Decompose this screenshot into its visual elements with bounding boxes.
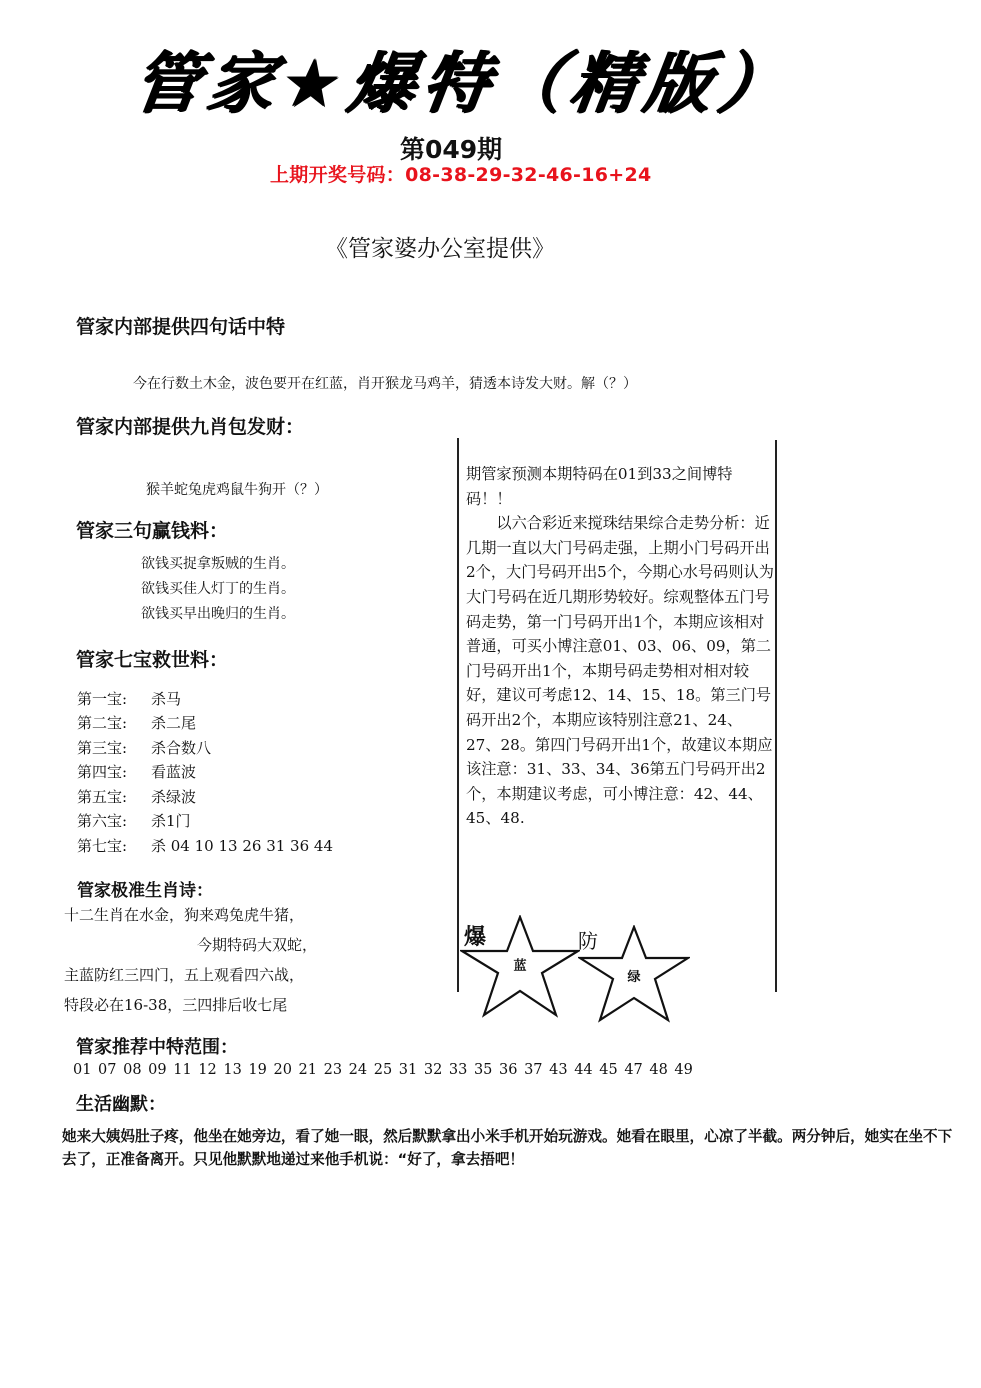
treasure-label: 第五宝: (77, 786, 139, 807)
treasure-item: 第五宝:杀绿波 (77, 784, 333, 809)
nine-zodiac-text: 猴羊蛇兔虎鸡鼠牛狗开（？） (146, 479, 328, 499)
zodiac-poem-line: 主蓝防红三四门，五上观看四六战， (64, 964, 304, 985)
four-sentences-heading: 管家内部提供四句话中特 (76, 312, 285, 339)
analysis-text: 期管家预测本期特码在01到33之间博特码！！ 以六合彩近来搅珠结果综合走势分析：… (466, 462, 776, 831)
treasure-item: 第四宝:看蓝波 (77, 760, 333, 785)
treasure-value: 看蓝波 (151, 761, 196, 782)
analysis-paragraph-1: 期管家预测本期特码在01到33之间博特码！！ (466, 462, 776, 511)
three-sentences-heading: 管家三句赢钱料： (76, 516, 228, 543)
last-draw-line: 上期开奖号码：08-38-29-32-46-16+24 (270, 160, 652, 187)
seven-treasures-heading: 管家七宝救世料： (76, 645, 228, 672)
treasure-item: 第七宝:杀 04 10 13 26 31 36 44 (77, 833, 333, 858)
star-icon-green: 绿 (578, 925, 690, 1023)
treasure-value: 杀 04 10 13 26 31 36 44 (151, 835, 333, 856)
treasure-value: 杀合数八 (151, 737, 211, 758)
treasure-value: 杀1门 (151, 810, 191, 831)
four-sentences-text: 今在行数土木金，波色要开在红蓝，肖开猴龙马鸡羊，猜透本诗发大财。解（？） (133, 373, 637, 393)
humor-text: 她来大姨妈肚子疼，他坐在她旁边，看了她一眼，然后默默拿出小米手机开始玩游戏。她看… (62, 1125, 962, 1171)
last-draw-label: 上期开奖号码： (270, 164, 405, 186)
treasure-label: 第三宝: (77, 737, 139, 758)
treasure-value: 杀绿波 (151, 786, 196, 807)
treasure-item: 第三宝:杀合数八 (77, 735, 333, 760)
treasure-label: 第四宝: (77, 761, 139, 782)
analysis-paragraph-2: 以六合彩近来搅珠结果综合走势分析：近几期一直以大门号码走强，上期小门号码开出2个… (466, 511, 776, 831)
star-icon-blue: 蓝 (460, 915, 580, 1020)
star-label-blue: 蓝 (513, 958, 526, 974)
zodiac-poem-line: 特段必在16-38，三四排后收七尾 (64, 994, 287, 1015)
three-sentences-list: 欲钱买捉拿叛贼的生肖。 欲钱买佳人灯丁的生肖。 欲钱买早出晚归的生肖。 (141, 552, 295, 627)
three-sentences-line: 欲钱买佳人灯丁的生肖。 (141, 577, 295, 602)
star-label-green: 绿 (627, 969, 640, 985)
provider-line: 《管家婆办公室提供》 (325, 230, 555, 263)
treasure-value: 杀马 (151, 688, 181, 709)
treasure-label: 第二宝: (77, 712, 139, 733)
treasure-label: 第六宝: (77, 810, 139, 831)
treasure-value: 杀二尾 (151, 712, 196, 733)
zodiac-poem-line: 今期特码大双蛇， (197, 934, 317, 955)
treasure-label: 第一宝: (77, 688, 139, 709)
treasure-item: 第一宝:杀马 (77, 686, 333, 711)
treasure-item: 第二宝:杀二尾 (77, 711, 333, 736)
recommended-range-numbers: 01 07 08 09 11 12 13 19 20 21 23 24 25 3… (73, 1062, 693, 1078)
zodiac-poem-line: 十二生肖在水金，狗来鸡兔虎牛猪， (64, 904, 304, 925)
humor-heading: 生活幽默： (76, 1090, 166, 1116)
zodiac-poem-heading: 管家极准生肖诗： (77, 876, 213, 901)
treasure-item: 第六宝:杀1门 (77, 809, 333, 834)
nine-zodiac-heading: 管家内部提供九肖包发财： (76, 412, 304, 439)
three-sentences-line: 欲钱买早出晚归的生肖。 (141, 602, 295, 627)
treasure-label: 第七宝: (77, 835, 139, 856)
box-left-border (457, 438, 459, 992)
page-title: 管家★爆特（精版） (128, 30, 801, 125)
last-draw-numbers: 08-38-29-32-46-16+24 (405, 164, 651, 186)
three-sentences-line: 欲钱买捉拿叛贼的生肖。 (141, 552, 295, 577)
seven-treasures-list: 第一宝:杀马 第二宝:杀二尾 第三宝:杀合数八 第四宝:看蓝波 第五宝:杀绿波 … (77, 686, 333, 858)
recommended-range-heading: 管家推荐中特范围： (76, 1033, 238, 1059)
